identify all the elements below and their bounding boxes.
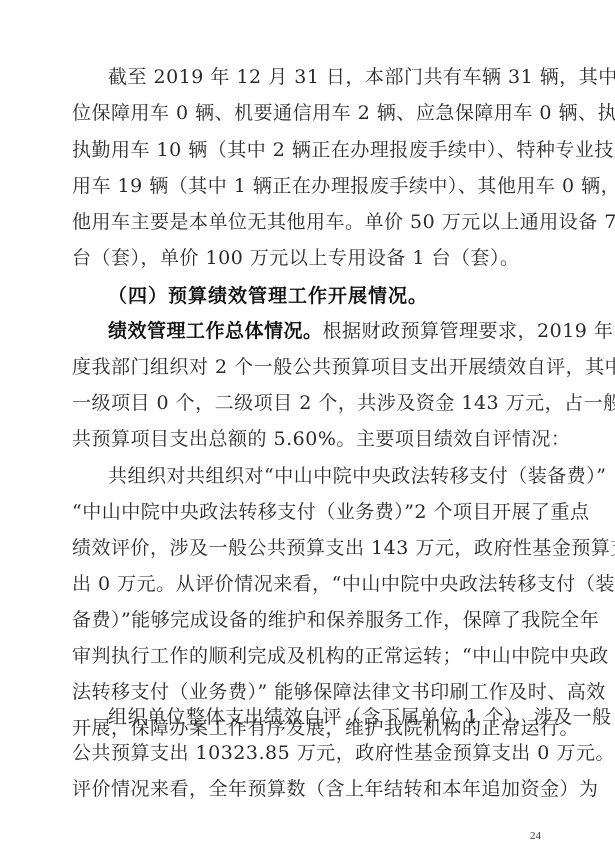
paragraph-line: 组织单位整体支出绩效自评（含下属单位 1 个），涉及一般	[108, 704, 546, 730]
paragraph-line: 评价情况来看，全年预算数（含上年结转和本年追加资金）为	[72, 776, 546, 802]
paragraph-line: “中山中院中央政法转移支付（业务费）”2 个项目开展了重点	[72, 499, 546, 525]
paragraph-line: 台（套），单价 100 万元以上专用设备 1 台（套）。	[72, 245, 546, 271]
page-number: 24	[530, 830, 541, 842]
paragraph-line: 共组织对共组织对“中山中院中央政法转移支付（装备费）”	[108, 463, 546, 489]
paragraph-line: 审判执行工作的顺利完成及机构的正常运转；“中山中院中央政	[72, 643, 546, 669]
paragraph-line: 公共预算支出 10323.85 万元，政府性基金预算支出 0 万元。从	[72, 740, 546, 766]
paragraph-line: 法转移支付（业务费）” 能够保障法律文书印刷工作及时、高效	[72, 679, 546, 705]
paragraph-line: 他用车主要是本单位无其他用车。单价 50 万元以上通用设备 7	[72, 209, 546, 235]
paragraph-line: 度我部门组织对 2 个一般公共预算项目支出开展绩效自评，其中	[72, 354, 546, 380]
document-page: 截至 2019 年 12 月 31 日，本部门共有车辆 31 辆，其中，岗 位保…	[0, 0, 615, 863]
paragraph-line: 截至 2019 年 12 月 31 日，本部门共有车辆 31 辆，其中，岗	[108, 64, 546, 90]
section-heading: （四）预算绩效管理工作开展情况。	[108, 283, 428, 309]
paragraph-line: 共预算项目支出总额的 5.60%。主要项目绩效自评情况：	[72, 426, 546, 452]
paragraph-line: 绩效管理工作总体情况。根据财政预算管理要求，2019 年	[108, 318, 546, 344]
paragraph-line: 绩效评价，涉及一般公共预算支出 143 万元，政府性基金预算支	[72, 535, 546, 561]
paragraph-line: 一级项目 0 个，二级项目 2 个，共涉及资金 143 万元，占一般公	[72, 390, 546, 416]
paragraph-line: 出 0 万元。从评价情况来看，“中山中院中央政法转移支付（装	[72, 571, 546, 597]
paragraph-line: 用车 19 辆（其中 1 辆正在办理报废手续中）、其他用车 0 辆，其	[72, 173, 546, 199]
paragraph-line: 备费）”能够完成设备的维护和保养服务工作，保障了我院全年	[72, 607, 546, 633]
paragraph-lead-text: 根据财政预算管理要求，2019 年	[323, 320, 614, 342]
paragraph-line: 执勤用车 10 辆（其中 2 辆正在办理报废手续中）、特种专业技术	[72, 137, 546, 163]
paragraph-line: 位保障用车 0 辆、机要通信用车 2 辆、应急保障用车 0 辆、执法	[72, 100, 546, 126]
paragraph-lead-bold: 绩效管理工作总体情况。	[108, 320, 323, 342]
